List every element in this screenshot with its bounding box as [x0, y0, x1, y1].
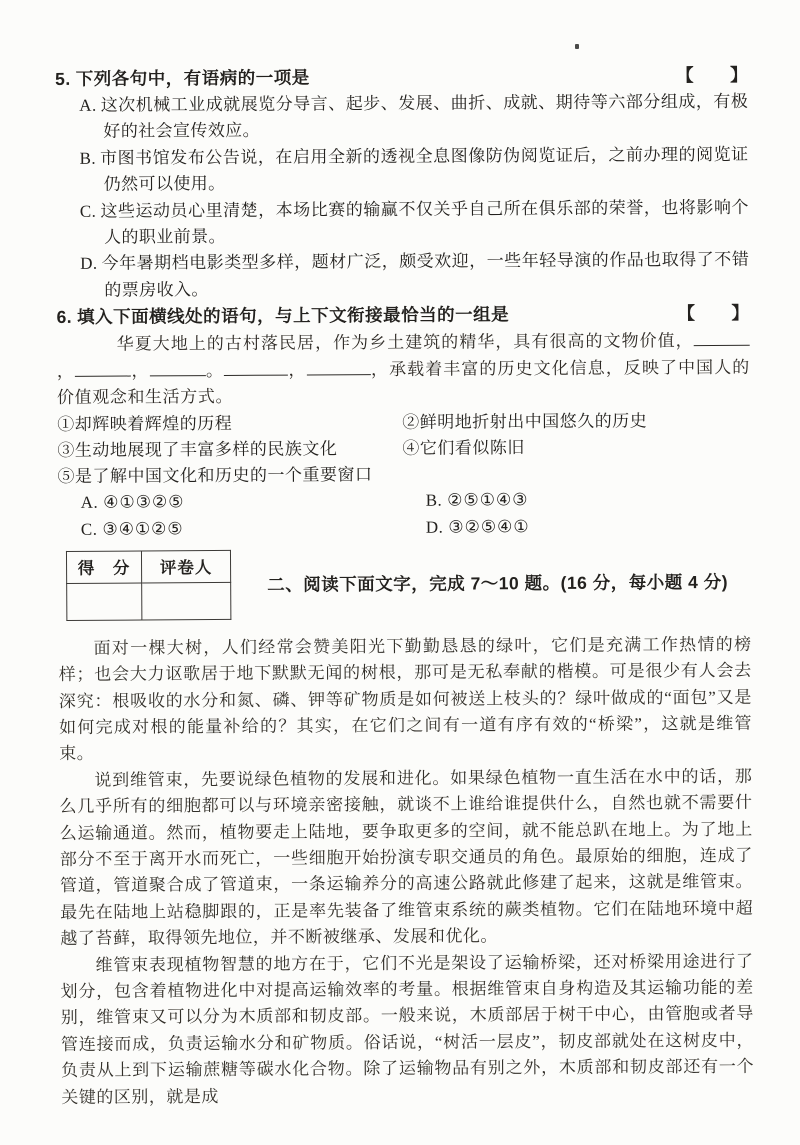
score-section: 得 分 评卷人 二、阅读下面文字，完成 7～10 题。(16 分，每小题 4 分… [66, 547, 751, 621]
q5-option-b-text: 市图书馆发布公告说，在启用全新的透视全息图像防伪阅览证后，之前办理的阅览证仍然可… [100, 145, 749, 194]
q6-choice-a-seq: ④①③②⑤ [103, 493, 184, 512]
section-2-header: 二、阅读下面文字，完成 7～10 题。(16 分，每小题 4 分) [267, 569, 728, 597]
q6-choice-c-seq: ③④①②⑤ [102, 519, 183, 538]
question-6-number: 6. [56, 304, 72, 331]
answer-blank-3 [149, 362, 205, 376]
exam-page: 5. 下列各句中，有语病的一项是 【 】 A.这次机械工业成就展览分导言、起步、… [0, 0, 800, 1145]
q6-choice-b: B.②⑤①④③ [426, 486, 751, 514]
q6-item-3: ③生动地展现了丰富多样的民族文化 [57, 436, 402, 464]
reading-passage: 面对一棵大树，人们经常会赞美阳光下勤勤恳恳的绿叶，它们是充满工作热情的榜样；也会… [58, 632, 754, 1112]
q5-option-d-label: D. [80, 254, 97, 273]
q5-option-c-label: C. [80, 201, 97, 220]
q5-option-c-text: 这些运动员心里清楚，本场比赛的输赢不仅关乎自己所在俱乐部的荣誉，也将影响个人的职… [100, 197, 749, 246]
q5-option-a: A.这次机械工业成就展览分导言、起步、发展、曲折、成就、期待等六部分组成，有极好… [56, 89, 748, 146]
q6-item-empty [402, 460, 750, 488]
q5-option-d-text: 今年暑期档电影类型多样，题材广泛，颇受欢迎，一些年轻导演的作品也取得了不错的票房… [101, 250, 749, 299]
q5-option-c: C.这些运动员心里清楚，本场比赛的输赢不仅关乎自己所在俱乐部的荣誉，也将影响个人… [57, 194, 749, 251]
q6-item-5-text: 是了解中国文化和历史的一个重要窗口 [75, 465, 373, 486]
q6-item-2-text: 鲜明地折射出中国悠久的历史 [420, 411, 648, 431]
q6-item-3-num: ③ [57, 441, 75, 460]
question-6-stem: 6. 填入下面横线处的语句，与上下文衔接最恰当的一组是 【 】 [56, 300, 749, 331]
reading-paragraph-1: 面对一棵大树，人们经常会赞美阳光下勤勤恳恳的绿叶，它们是充满工作热情的榜样；也会… [58, 632, 752, 768]
grader-label-cell: 评卷人 [141, 550, 230, 583]
q6-passage: 华夏大地上的古村落民居，作为乡土建筑的精华，具有很高的文物价值，，，。，，承载着… [57, 328, 750, 412]
score-label-cell: 得 分 [66, 551, 141, 583]
q6-choice-d-label: D. [426, 517, 444, 536]
q6-passage-sep3: 。 [205, 361, 224, 380]
q6-passage-lead: 华夏大地上的古村落民居，作为乡土建筑的精华，具有很高的文物价值， [117, 331, 694, 354]
q6-item-3-text: 生动地展现了丰富多样的民族文化 [75, 439, 338, 460]
q5-option-b: B.市图书馆发布公告说，在启用全新的透视全息图像防伪阅览证后，之前办理的阅览证仍… [56, 142, 748, 199]
q6-item-4-text: 它们看似陈旧 [420, 438, 525, 458]
q6-items: ①却辉映着辉煌的历程 ②鲜明地折射出中国悠久的历史 ③生动地展现了丰富多样的民族… [57, 408, 750, 491]
q6-passage-sep4: ， [288, 360, 307, 379]
answer-blank-1 [694, 332, 750, 346]
q5-option-d: D.今年暑期档电影类型多样，题材广泛，颇受欢迎，一些年轻导演的作品也取得了不错的… [57, 247, 749, 304]
q6-item-2: ②鲜明地折射出中国悠久的历史 [402, 408, 750, 436]
question-6-text: 填入下面横线处的语句，与上下文衔接最恰当的一组是 [77, 301, 509, 331]
q6-item-1-num: ① [57, 415, 75, 434]
grader-entry-cell [142, 582, 231, 620]
question-6-answer-bracket: 【 】 [677, 300, 749, 327]
q6-choice-c-label: C. [81, 519, 98, 538]
q6-item-1: ①却辉映着辉煌的历程 [57, 410, 402, 438]
q6-choice-c: C.③④①②⑤ [81, 514, 426, 542]
q6-choices: A.④①③②⑤ B.②⑤①④③ C.③④①②⑤ D.③②⑤④① [58, 486, 751, 543]
question-5-answer-bracket: 【 】 [676, 62, 748, 89]
score-entry-cell [67, 583, 142, 620]
q6-item-1-text: 却辉映着辉煌的历程 [75, 414, 233, 434]
scan-artifact-dot [575, 44, 579, 49]
q5-option-a-label: A. [79, 96, 96, 115]
q6-item-5: ⑤是了解中国文化和历史的一个重要窗口 [57, 462, 402, 490]
q5-option-a-text: 这次机械工业成就展览分导言、起步、发展、曲折、成就、期待等六部分组成，有极好的社… [101, 92, 749, 141]
score-box: 得 分 评卷人 [66, 550, 231, 621]
q6-choice-d-seq: ③②⑤④① [448, 517, 529, 536]
answer-blank-5 [306, 361, 370, 375]
q6-choice-a: A.④①③②⑤ [81, 488, 426, 516]
q5-option-b-label: B. [80, 149, 97, 168]
q6-choice-b-label: B. [426, 491, 443, 510]
q6-choice-d: D.③②⑤④① [426, 512, 751, 540]
q6-passage-sep2: ， [131, 361, 150, 380]
question-5-text: 下列各句中，有语病的一项是 [76, 64, 310, 92]
q6-choice-b-seq: ②⑤①④③ [447, 490, 528, 509]
question-5-options: A.这次机械工业成就展览分导言、起步、发展、曲折、成就、期待等六部分组成，有极好… [55, 89, 749, 304]
q6-item-4-num: ④ [402, 439, 420, 458]
q6-item-5-num: ⑤ [57, 467, 75, 486]
answer-blank-2 [75, 362, 131, 376]
q6-item-2-num: ② [402, 413, 420, 432]
reading-paragraph-2: 说到维管束，先要说绿色植物的发展和进化。如果绿色植物一直生活在水中的话，那么几乎… [59, 764, 753, 953]
question-5-number: 5. [55, 66, 71, 93]
q6-item-4: ④它们看似陈旧 [402, 434, 750, 462]
answer-blank-4 [224, 361, 288, 375]
reading-paragraph-3: 维管束表现植物智慧的地方在于，它们不光是架设了运输桥梁，还对桥梁用途进行了划分，… [60, 948, 754, 1111]
q6-passage-sep1: ， [57, 362, 75, 381]
question-5-stem: 5. 下列各句中，有语病的一项是 【 】 [55, 62, 748, 93]
page-content: 5. 下列各句中，有语病的一项是 【 】 A.这次机械工业成就展览分导言、起步、… [55, 62, 754, 1111]
q6-choice-a-label: A. [81, 493, 99, 512]
